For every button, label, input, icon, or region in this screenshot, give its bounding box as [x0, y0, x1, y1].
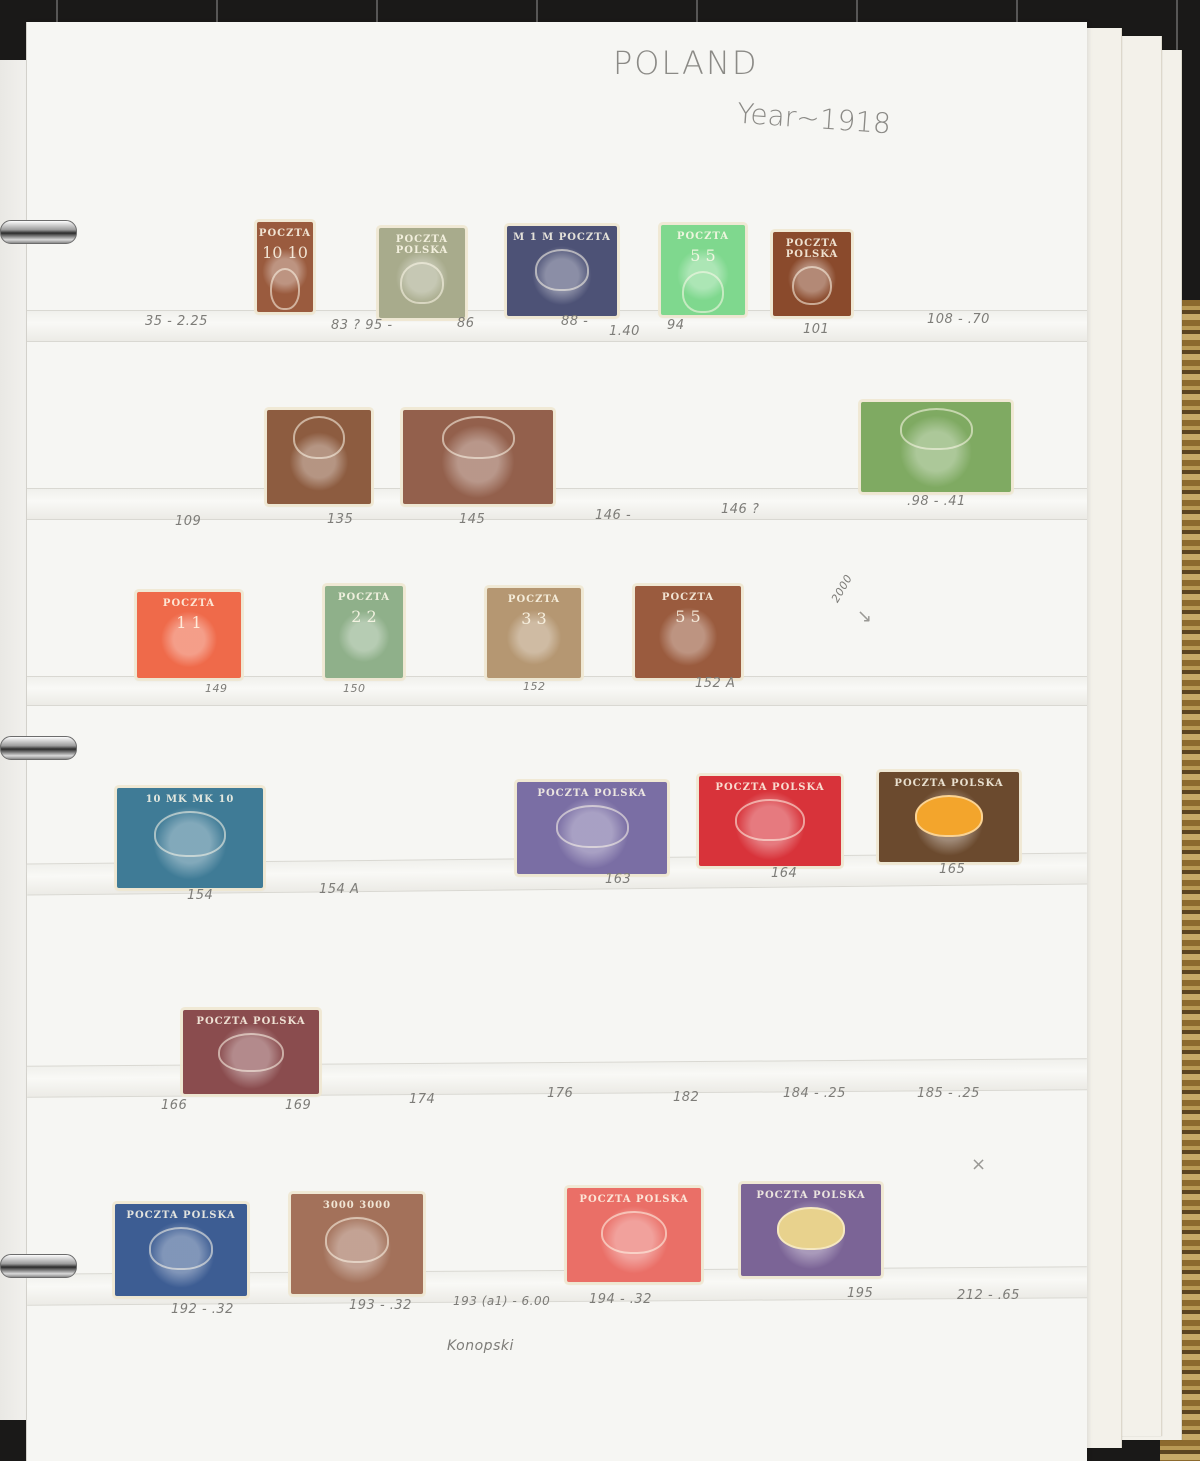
page-title-year: Year~1918 — [736, 97, 892, 141]
binder-ring — [0, 1254, 77, 1278]
stamp-legend: POCZTA POLSKA — [126, 1210, 235, 1221]
binder-ring — [0, 220, 77, 244]
stamp: POCZTA5 5 — [635, 586, 741, 678]
horseman-icon — [900, 408, 973, 450]
footer-note: Konopski — [447, 1338, 514, 1354]
stamp-legend: POCZTA POLSKA — [379, 234, 465, 256]
stamp: POCZTA POLSKA — [773, 232, 851, 316]
catalog-note: 135 — [327, 512, 353, 527]
catalog-note: 146 - — [595, 508, 631, 523]
catalog-note: 94 — [667, 318, 685, 333]
catalog-note: 149 — [205, 682, 228, 695]
stamp: POCZTA1 1 — [137, 592, 241, 678]
catalog-note: 152 A — [695, 676, 735, 691]
catalog-note: 101 — [803, 322, 829, 337]
eagle-emblem-icon — [556, 805, 629, 848]
stamp: POCZTA3 3 — [487, 588, 581, 678]
portrait-icon — [149, 1227, 214, 1270]
catalog-note: 163 — [605, 872, 631, 887]
stamp-value: 2 2 — [351, 607, 376, 626]
stamp: POCZTA POLSKA — [379, 228, 465, 318]
catalog-note: 154 A — [319, 882, 359, 897]
stamp-legend: POCZTA — [259, 228, 311, 239]
stamp-legend: POCZTA POLSKA — [756, 1190, 865, 1201]
horseman-icon — [442, 416, 515, 459]
stamp-legend: POCZTA POLSKA — [773, 238, 851, 260]
portrait-icon — [293, 416, 345, 459]
stamp-value: 1 1 — [176, 613, 201, 632]
catalog-note: 195 — [847, 1286, 873, 1301]
catalog-note: 88 - — [561, 314, 588, 329]
stamp: POCZTA POLSKA — [567, 1188, 701, 1282]
stamp: POCZTA2 2 — [325, 586, 403, 678]
eagle-emblem-icon — [218, 1033, 285, 1072]
stamp: 10 MK MK 10 — [117, 788, 263, 888]
eagle-emblem-icon — [682, 271, 725, 313]
catalog-note: 108 - .70 — [927, 312, 990, 327]
sower-icon — [154, 811, 225, 857]
stamp-legend: POCZTA — [163, 598, 215, 609]
stamp — [403, 410, 553, 504]
album-page: POLAND Year~1918 POCZTA10 10 POCZTA POLS… — [26, 22, 1087, 1461]
portrait-icon — [601, 1211, 667, 1254]
stamp: POCZTA10 10 — [257, 222, 313, 312]
stamp: POCZTA POLSKA — [183, 1010, 319, 1094]
catalog-note: 193 - .32 — [349, 1298, 412, 1313]
stamp-legend: POCZTA POLSKA — [196, 1016, 305, 1027]
catalog-note: 182 — [673, 1090, 699, 1105]
stamp: POCZTA POLSKA — [115, 1204, 247, 1296]
side-note: 2000 — [829, 572, 855, 604]
stamp: POCZTA POLSKA — [699, 776, 841, 866]
stamp-legend: POCZTA POLSKA — [894, 778, 1003, 789]
portrait-icon — [325, 1217, 390, 1263]
eagle-emblem-icon — [735, 799, 804, 841]
eagle-emblem-icon — [400, 262, 444, 304]
catalog-note: 1.40 — [609, 324, 640, 339]
catalog-note: 146 ? — [721, 502, 759, 517]
catalog-note: 169 — [285, 1098, 311, 1113]
stamp-legend: M 1 M POCZTA — [513, 232, 611, 243]
stamp: POCZTA5 5 — [661, 225, 745, 315]
stamp: 3000 3000 — [291, 1194, 423, 1294]
catalog-note: 166 — [161, 1098, 187, 1113]
stamp-legend: POCZTA — [662, 592, 714, 603]
stamp-legend: POCZTA — [677, 231, 729, 242]
stamp — [861, 402, 1011, 492]
stamp-legend: 3000 3000 — [323, 1200, 391, 1211]
catalog-note: 150 — [343, 682, 366, 695]
catalog-note: 109 — [175, 514, 201, 529]
catalog-note: 164 — [771, 866, 797, 881]
stamp: POCZTA POLSKA — [741, 1184, 881, 1276]
catalog-note: 184 - .25 — [783, 1086, 846, 1101]
catalog-note: 154 — [187, 888, 213, 903]
page-title-country: POLAND — [613, 44, 759, 82]
mount-strip — [27, 676, 1087, 706]
stamp-value: 3 3 — [521, 609, 546, 628]
catalog-note: 212 - .65 — [957, 1288, 1020, 1303]
stamp-legend: POCZTA — [338, 592, 390, 603]
stamp-legend: POCZTA POLSKA — [715, 782, 824, 793]
catalog-note: 86 — [457, 316, 475, 331]
binder-ring — [0, 736, 77, 760]
catalog-note: 83 ? 95 - — [331, 318, 393, 333]
overprint-emblem-icon — [777, 1207, 845, 1250]
catalog-note: 174 — [409, 1092, 435, 1107]
ship-emblem-icon — [535, 249, 590, 291]
stamp: POCZTA POLSKA — [517, 782, 667, 874]
stamp-legend: POCZTA POLSKA — [537, 788, 646, 799]
stamp — [267, 410, 371, 504]
eagle-emblem-icon — [792, 266, 832, 305]
stamp: M 1 M POCZTA — [507, 226, 617, 316]
eagle-emblem-icon — [270, 268, 300, 310]
stamp-legend: POCZTA POLSKA — [579, 1194, 688, 1205]
stamp: POCZTA POLSKA — [879, 772, 1019, 862]
catalog-note: 185 - .25 — [917, 1086, 980, 1101]
stamp-value: 5 5 — [690, 246, 715, 265]
catalog-note: 145 — [459, 512, 485, 527]
catalog-note: 165 — [939, 862, 965, 877]
cross-mark-icon: × — [971, 1154, 986, 1175]
stamp-value: 10 10 — [262, 243, 308, 262]
stamp-legend: POCZTA — [508, 594, 560, 605]
eagle-emblem-icon — [915, 795, 983, 837]
stamp-legend: 10 MK MK 10 — [146, 794, 235, 805]
catalog-note: 192 - .32 — [171, 1302, 234, 1317]
catalog-note: 194 - .32 — [589, 1292, 652, 1307]
catalog-note: 176 — [547, 1086, 573, 1101]
stamp-value: 5 5 — [675, 607, 700, 626]
catalog-note: 193 (a1) - 6.00 — [453, 1294, 550, 1308]
catalog-note: 35 - 2.25 — [145, 314, 208, 329]
arrow-icon: ↘ — [857, 606, 872, 627]
catalog-note: 152 — [523, 680, 546, 693]
catalog-note: .98 - .41 — [907, 494, 966, 509]
